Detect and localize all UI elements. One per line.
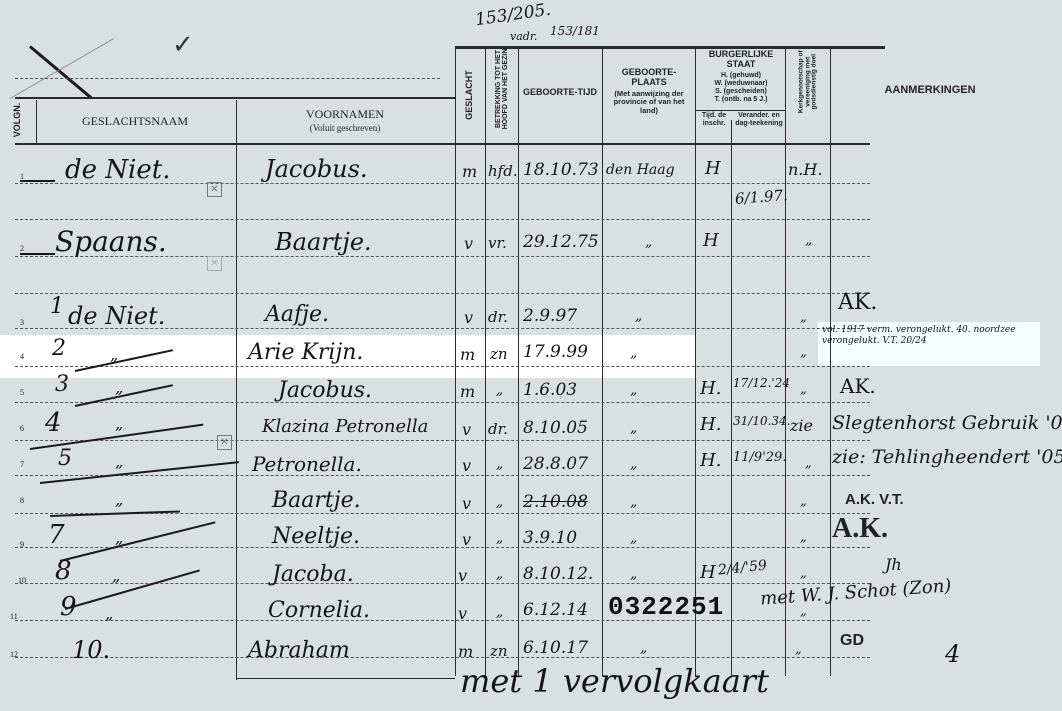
birth-place: „	[645, 234, 652, 250]
relation: „	[496, 604, 503, 620]
birth-date: 2.9.97	[523, 306, 577, 326]
bs-subheader-line	[695, 110, 785, 111]
status-date: 6/1.97.	[734, 186, 788, 208]
col-line-geboortetijd	[518, 46, 519, 676]
given-names: Jacoba.	[272, 562, 354, 587]
header-bottom-line	[15, 143, 870, 145]
sex: v	[462, 494, 471, 513]
denomination: „	[805, 456, 812, 471]
birth-place: „	[630, 382, 637, 398]
row-line	[15, 657, 870, 658]
status-date: 2/4/'59	[717, 557, 767, 578]
birth-place: „	[630, 420, 637, 436]
relation: hfd.	[488, 162, 518, 180]
row-line	[15, 366, 870, 367]
remarks: zie: Tehlingheendert '05.	[832, 446, 1062, 468]
index-mark: 2	[52, 336, 66, 361]
birth-place: „	[635, 308, 642, 324]
given-names: Neeltje.	[272, 524, 360, 549]
sex: v	[464, 308, 473, 327]
row-number: 10	[18, 576, 26, 585]
header-top-line-right	[455, 46, 885, 49]
birth-date-struck: 2.10.08	[523, 492, 588, 512]
civil-status: H	[700, 562, 716, 583]
checkbox-stamp-icon: ✕	[217, 435, 232, 450]
row-number: 7	[20, 460, 24, 469]
relation: dr.	[488, 420, 508, 438]
relation: vr.	[488, 234, 507, 252]
remarks: vol. 1917 verm. verongelukt. 40. noordze…	[822, 325, 1037, 348]
given-names: Jacobus.	[278, 378, 372, 403]
surname: „	[115, 452, 123, 471]
header-geboorteplaats-sub: (Met aanwijzing der provincie of van het…	[606, 90, 692, 115]
row-line	[15, 583, 870, 584]
surname: de Niet.	[65, 155, 170, 185]
row-number: 2	[20, 244, 24, 253]
birth-date: 1.6.03	[523, 380, 577, 400]
civil-status: H	[705, 158, 721, 179]
header-voornamen-sub: (Voluit geschreven)	[240, 124, 450, 134]
remarks-stamp: A.K. V.T.	[845, 492, 904, 509]
row-line	[15, 620, 870, 621]
footer-note: met 1 vervolgkaart	[460, 662, 769, 700]
row-line	[15, 293, 870, 294]
relation: zn	[490, 642, 508, 660]
cross-mark-faint-icon	[10, 38, 114, 99]
col-line-geboorteplaats	[602, 46, 603, 676]
voornamen-box-bottom	[236, 678, 455, 679]
reference-number: 153/205.	[474, 0, 552, 30]
given-names: Abraham	[248, 638, 350, 663]
civil-status: H	[703, 230, 719, 251]
sex: v	[462, 456, 471, 475]
header-top-line-left	[15, 97, 455, 99]
col-line-aanmerkingen	[830, 46, 831, 676]
row-number: 8	[20, 496, 24, 505]
denomination: „	[805, 232, 812, 248]
strike-line	[65, 569, 200, 610]
index-mark: 10.	[72, 636, 110, 664]
remarks-stamp: A.K.	[832, 514, 888, 545]
index-mark: 3	[55, 372, 69, 397]
header-aanmerkingen: AANMERKINGEN	[840, 84, 1020, 96]
sex: v	[464, 234, 473, 253]
relation: „	[496, 530, 503, 546]
sex: m	[460, 382, 475, 401]
checkmark-icon: ✓	[172, 30, 194, 60]
denomination: „	[800, 604, 807, 619]
row-number: 4	[20, 352, 24, 361]
birth-place: „	[630, 494, 637, 510]
birth-date: 3.9.10	[523, 528, 577, 548]
remarks: Slegtenhorst Gebruik '01	[832, 412, 1062, 434]
header-burgerlijke-staat: BURGERLIJKE STAAT	[699, 50, 783, 70]
remarks-mark: 4	[945, 640, 960, 668]
father-ref-number: 153/181	[550, 24, 600, 38]
denomination: „	[800, 310, 807, 325]
strike-line	[20, 180, 55, 182]
row-number: 3	[20, 318, 24, 327]
denomination: „	[800, 345, 807, 360]
birth-place: den Haag	[606, 162, 675, 178]
civil-status: H.	[700, 450, 721, 471]
surname: „	[105, 604, 113, 623]
denomination: „	[800, 530, 807, 545]
denomination: „	[795, 642, 802, 657]
birth-date: 28.8.07	[523, 454, 588, 474]
father-ref-label: vadr.	[510, 30, 537, 43]
surname: „	[115, 490, 123, 509]
surname: „	[112, 566, 120, 585]
given-names: Baartje.	[272, 488, 361, 513]
header-bs-verander: Verander. en dag-teekening	[733, 112, 785, 127]
header-bs-h: H. (gehuwd)	[699, 72, 783, 80]
header-dotted-line	[15, 78, 440, 79]
header-geslachtsnaam: GESLACHTSNAAM	[40, 115, 230, 128]
relation: „	[496, 566, 503, 582]
cross-mark-icon	[29, 45, 92, 99]
header-voornamen: VOORNAMEN	[240, 108, 450, 121]
relation: dr.	[488, 308, 508, 326]
sex: v	[462, 530, 471, 549]
header-bs-t: T. (ontb. na 5 J.)	[699, 96, 783, 104]
birth-date: 29.12.75	[523, 232, 599, 252]
row-line	[15, 475, 870, 476]
given-names: Arie Krijn.	[248, 340, 363, 365]
sex: v	[462, 420, 471, 439]
row-number: 5	[20, 388, 24, 397]
status-date: 17/12.'24	[733, 376, 790, 390]
birth-date: 8.10.12.	[523, 564, 593, 584]
denomination: zie	[790, 416, 813, 435]
sex: m	[462, 162, 477, 181]
remarks: AK.	[838, 290, 877, 315]
sex: v	[458, 604, 467, 623]
header-bs-tijd: Tijd. de inschr.	[697, 112, 731, 127]
row-line	[15, 219, 870, 220]
birth-place: „	[640, 640, 647, 656]
status-date: 11/9'29.	[733, 450, 786, 465]
col-line-bs-datum	[731, 120, 732, 676]
birth-date: 8.10.05	[523, 418, 588, 438]
header-kerkgenootschap: Kerkgenootschap of vereeniging met godsd…	[798, 36, 818, 128]
index-mark: 4	[45, 408, 62, 438]
col-line-bs	[695, 46, 696, 676]
given-names: Jacobus.	[265, 155, 368, 183]
relation: „	[496, 456, 503, 472]
header-betrekking: BETREKKING TOT HET HOOFD VAN HET GEZIN	[495, 44, 509, 134]
strike-line	[75, 384, 173, 407]
civil-status: H.	[700, 414, 721, 435]
row-number: 11	[10, 612, 18, 621]
checkbox-stamp-icon: ✕	[207, 182, 222, 197]
header-volgn: VOLGN.	[13, 100, 23, 140]
row-number: 6	[20, 424, 24, 433]
row-line	[15, 402, 870, 403]
relation: „	[496, 382, 503, 398]
row-number: 12	[10, 650, 18, 659]
given-names: Cornelia.	[268, 598, 370, 623]
strike-line	[20, 253, 55, 255]
relation: zn	[490, 345, 508, 363]
col-line-betrekking	[485, 46, 486, 676]
remarks-initials: Jh	[885, 555, 902, 574]
header-bs-s: S. (gescheiden)	[699, 88, 783, 96]
surname: „	[115, 414, 123, 433]
birth-date: 6.12.14	[523, 600, 588, 620]
given-names: Aafje.	[265, 302, 329, 327]
col-line-geslacht	[455, 46, 456, 676]
birth-date: 6.10.17	[523, 638, 588, 658]
birth-date: 18.10.73	[523, 160, 599, 180]
birth-place: „	[630, 530, 637, 546]
status-date: 31/10.34.	[733, 414, 790, 428]
sex: m	[460, 345, 475, 364]
sex: m	[458, 642, 473, 661]
row-number: 9	[20, 540, 24, 549]
index-mark: 5	[58, 446, 72, 471]
strike-line	[60, 521, 216, 562]
header-geboortetijd: GEBOORTE-TIJD	[522, 88, 598, 98]
surname: de Niet.	[68, 302, 165, 330]
header-bs-w: W. (weduwnaar)	[699, 80, 783, 88]
checkbox-stamp-icon: ✕	[207, 256, 222, 271]
birth-place: „	[630, 566, 637, 582]
birth-place: „	[630, 345, 637, 361]
col-line-voornamen	[236, 100, 237, 680]
birth-date: 17.9.99	[523, 342, 588, 362]
birth-place: „	[630, 456, 637, 472]
given-names: Baartje.	[275, 228, 372, 256]
civil-status: H.	[700, 378, 721, 399]
remarks: met W. J. Schot (Zon)	[760, 575, 953, 609]
remarks: AK.	[840, 374, 876, 398]
row-line	[15, 547, 870, 548]
index-mark: 1	[50, 294, 64, 319]
stamp-number: 0322251	[608, 592, 724, 622]
denomination: „	[800, 494, 807, 509]
given-names: Klazina Petronella	[262, 416, 428, 437]
sex: v	[458, 566, 467, 585]
denomination: „	[800, 382, 807, 397]
header-geboorteplaats: GEBOORTE-PLAATS	[606, 68, 692, 88]
col-line-kerk	[785, 46, 786, 676]
denomination: n.H.	[788, 160, 822, 179]
index-mark: 7	[48, 520, 65, 550]
header-geslacht: GESLACHT	[465, 55, 475, 135]
row-line	[15, 440, 870, 441]
denomination: „	[800, 566, 807, 581]
remarks-stamp: GD	[840, 632, 864, 650]
given-names: Petronella.	[252, 452, 362, 476]
relation: „	[496, 494, 503, 510]
col-line-volgn	[36, 100, 37, 143]
surname: Spaans.	[55, 225, 167, 258]
